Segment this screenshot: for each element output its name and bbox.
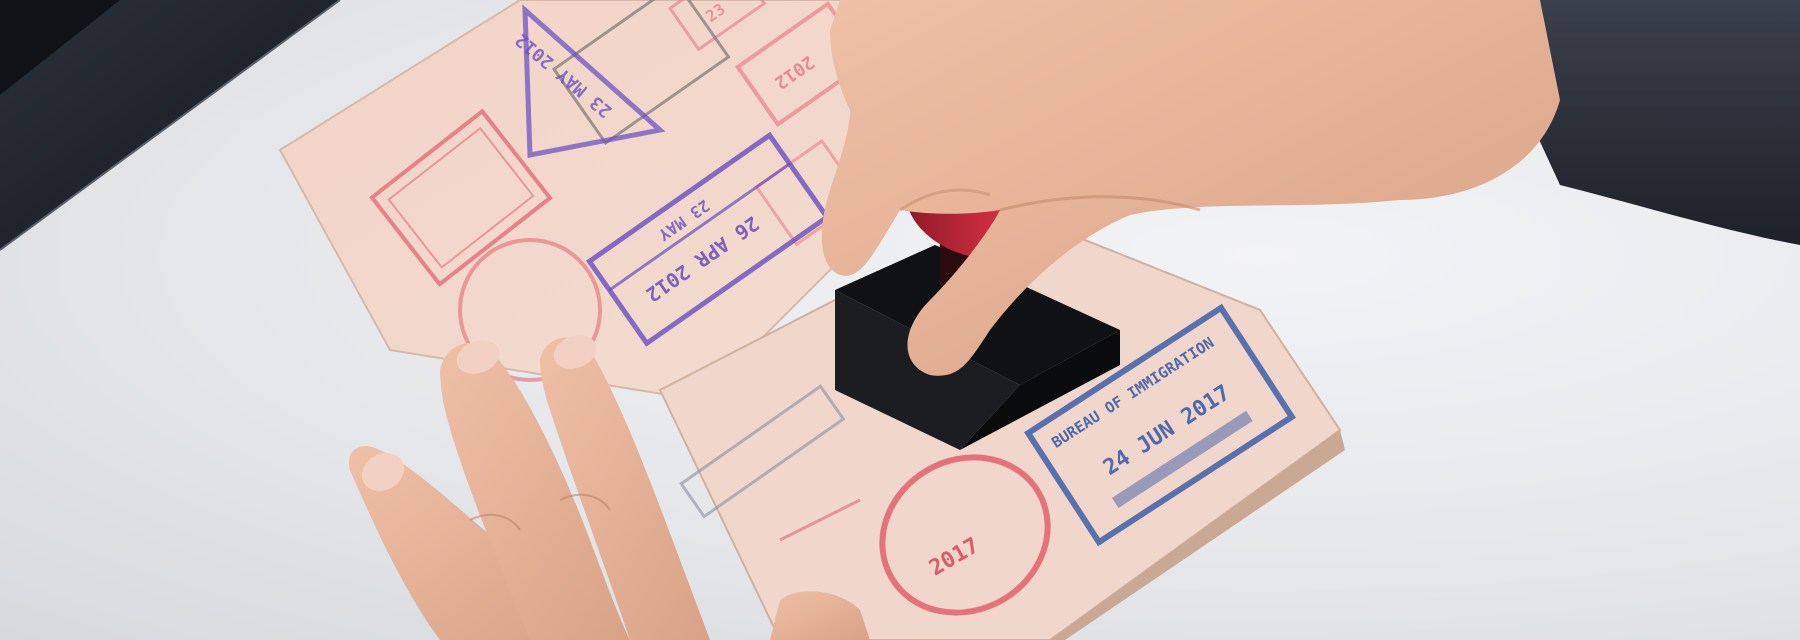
sleeve xyxy=(1530,0,1800,245)
laptop-corner xyxy=(0,0,340,250)
passport-stamping-photo: 2012 23 23 MAY 2012 26 APR 2012 23 MAY xyxy=(0,0,1800,640)
photo-illustration: 2012 23 23 MAY 2012 26 APR 2012 23 MAY xyxy=(0,0,1800,640)
